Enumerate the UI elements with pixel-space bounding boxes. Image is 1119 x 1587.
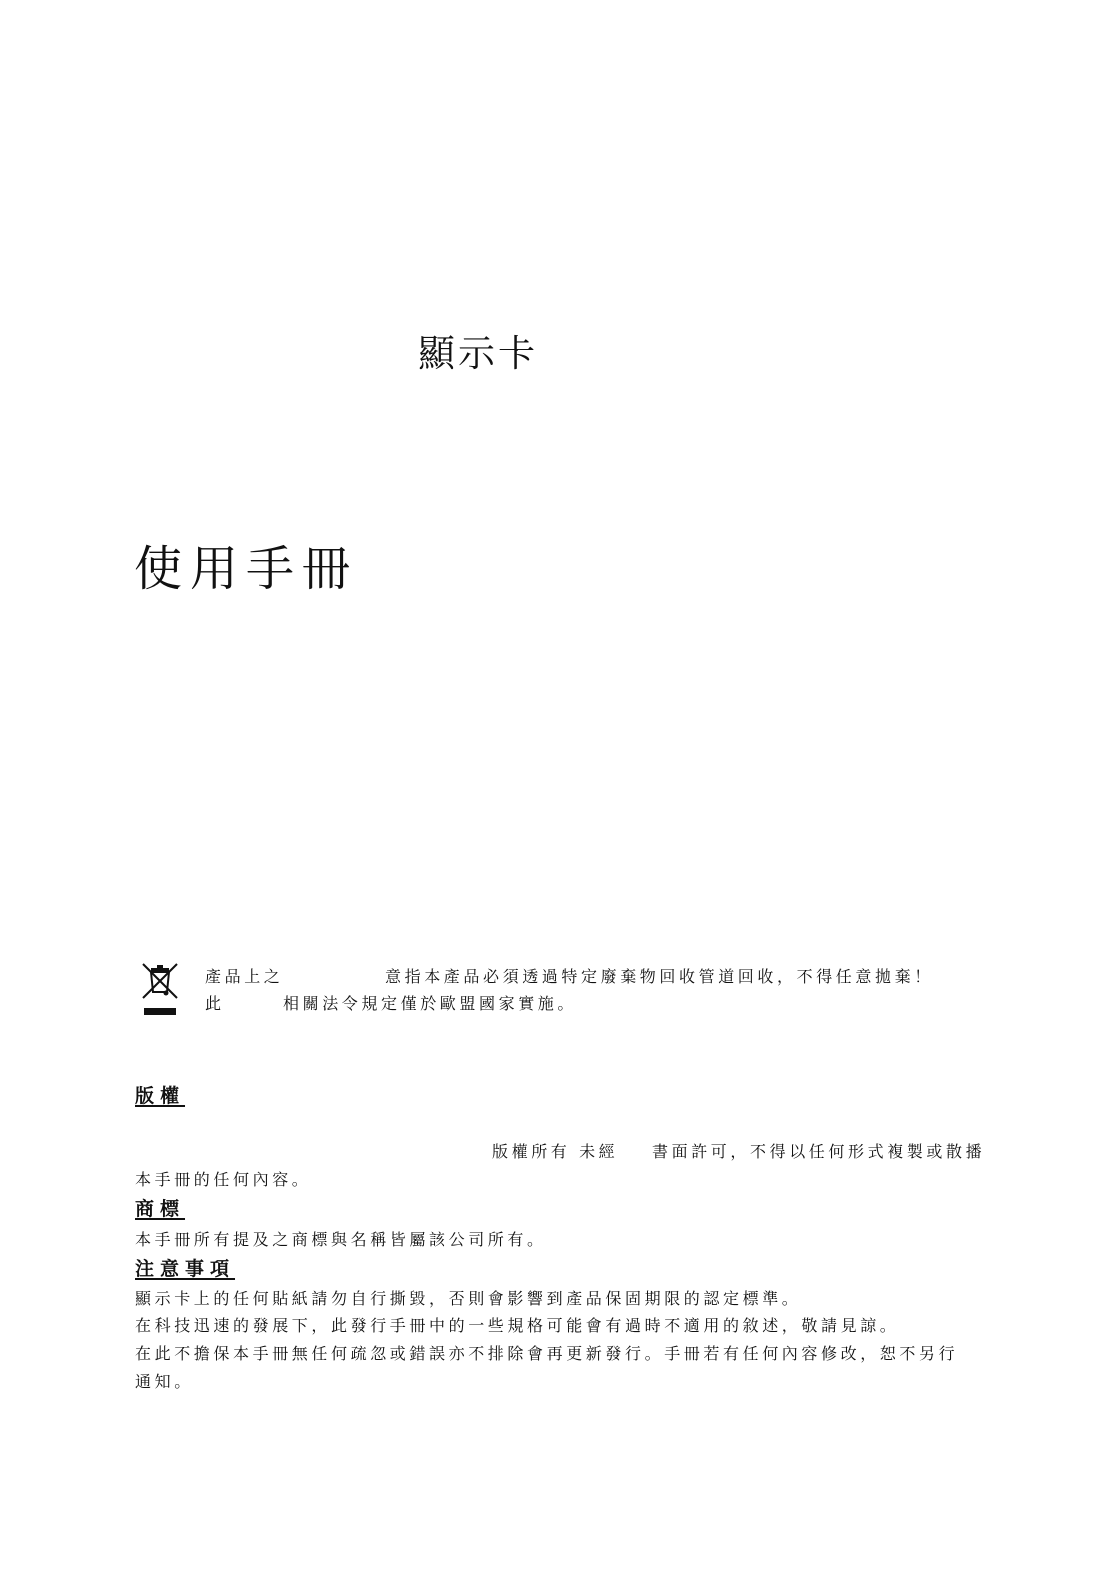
manual-title: 使用手冊 [134,538,358,600]
copyright-line1-part2: 書面許可，不得以任何形式複製或散播 [652,1141,985,1163]
notice-line: 通知。 [135,1371,194,1393]
trademark-line1: 本手冊所有提及之商標與名稱皆屬該公司所有。 [135,1229,547,1251]
notice-heading: 注意事項 [135,1257,235,1281]
notice-line: 顯示卡上的任何貼紙請勿自行撕毀，否則會影響到產品保固期限的認定標準。 [135,1288,801,1310]
weee-line1-suffix: 意指本產品必須透過特定廢棄物回收管道回收，不得任意拋棄！ [385,966,934,988]
weee-line2-prefix: 此 [205,993,225,1015]
copyright-line1-part1: 版權所有 未經 [492,1141,618,1163]
product-title: 顯示卡 [418,330,538,378]
crossed-out-wheelie-bin-icon [140,962,180,1018]
notice-line: 在此不擔保本手冊無任何疏忽或錯誤亦不排除會再更新發行。手冊若有任何內容修改，恕不… [135,1343,958,1365]
trademark-heading: 商標 [135,1197,185,1221]
notice-line: 在科技迅速的發展下，此發行手冊中的一些規格可能會有過時不適用的敘述，敬請見諒。 [135,1315,899,1337]
copyright-heading: 版權 [135,1084,185,1108]
weee-line1-prefix: 產品上之 [205,966,283,988]
weee-line2-suffix: 相關法令規定僅於歐盟國家實施。 [283,993,577,1015]
copyright-line2: 本手冊的任何內容。 [135,1169,311,1191]
